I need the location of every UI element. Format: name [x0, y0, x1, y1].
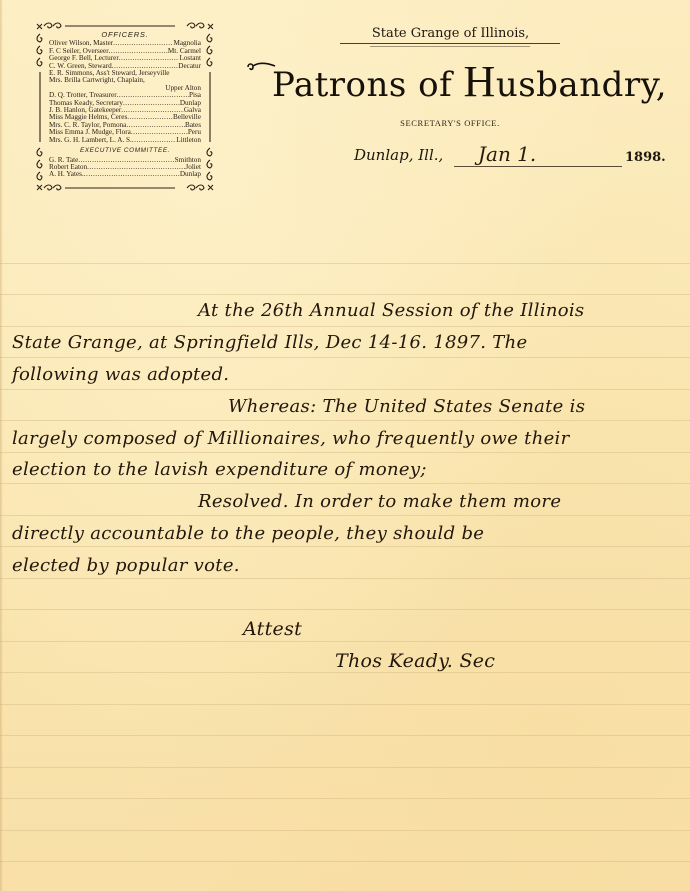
- officer-row: C. W. Green, StewardDecatur: [49, 63, 201, 70]
- org-line: State Grange of Illinois,: [338, 26, 563, 41]
- body-line: State Grange, at Springfield Ills, Dec 1…: [12, 332, 527, 353]
- org-underline: [340, 43, 560, 44]
- officer-row: Oliver Wilson, MasterMagnolia: [49, 40, 201, 47]
- body-line: Resolved. In order to make them more: [198, 491, 561, 512]
- year-printed: 1898.: [625, 150, 666, 165]
- officer-row: J. B. Hanlon, GatekeeperGalva: [49, 107, 201, 114]
- body-line: largely composed of Millionaires, who fr…: [12, 428, 570, 449]
- org-underline-thin: [370, 46, 530, 47]
- secretarys-office: SECRETARY'S OFFICE.: [390, 118, 510, 128]
- officer-row: Upper Alton: [49, 85, 201, 92]
- attest: Attest: [243, 618, 302, 640]
- body-line: directly accountable to the people, they…: [12, 523, 484, 544]
- body-line: Whereas: The United States Senate is: [228, 396, 585, 417]
- body-line: following was adopted.: [12, 364, 229, 385]
- executive-row: A. H. Yates.Dunlap: [49, 171, 201, 178]
- executive-committee-title: EXECUTIVE COMMITTEE.: [49, 147, 201, 154]
- body-line: At the 26th Annual Session of the Illino…: [198, 300, 584, 321]
- body-line: election to the lavish expenditure of mo…: [12, 459, 427, 480]
- dateline: Dunlap, Ill., Jan 1. 1898.: [350, 144, 690, 174]
- officer-row: F. C Seiler, OverseerMt. Carmel: [49, 48, 201, 55]
- letterhead-title: Patrons of Husbandry,: [248, 56, 668, 107]
- officer-row: E. R. Simmons, Ass't Steward, Jerseyvill…: [49, 70, 201, 77]
- officer-row: D. Q. Trotter, TreasurerPisa: [49, 92, 201, 99]
- officer-row: Mrs. C. R. Taylor, PomonaBates: [49, 122, 201, 129]
- signature: Thos Keady. Sec: [335, 650, 495, 672]
- officer-row: Miss Emma J. Mudge, FloraPeru: [49, 129, 201, 136]
- letter-page: OFFICERS. Oliver Wilson, MasterMagnolia …: [0, 0, 690, 891]
- officer-row: Thomas Keady, SecretaryDunlap: [49, 100, 201, 107]
- officer-row: Mrs. G. H. Lambert, L. A. S.Littleton: [49, 137, 201, 144]
- executive-row: G. R. TateSmithton: [49, 157, 201, 164]
- date-handwritten: Jan 1.: [478, 142, 536, 166]
- executive-row: Robert EatonJoliet: [49, 164, 201, 171]
- officer-row: Mrs. Brilla Cartwright, Chaplain,: [49, 77, 201, 84]
- officer-row: George F. Bell, LecturerLostant: [49, 55, 201, 62]
- officers-box: OFFICERS. Oliver Wilson, MasterMagnolia …: [35, 22, 215, 192]
- body-line: elected by popular vote.: [12, 555, 240, 576]
- date-blank-line: [454, 166, 622, 167]
- place-printed: Dunlap, Ill.,: [354, 146, 443, 164]
- officer-row: Miss Maggie Helms, CeresBelleville: [49, 114, 201, 121]
- officers-title: OFFICERS.: [49, 31, 201, 38]
